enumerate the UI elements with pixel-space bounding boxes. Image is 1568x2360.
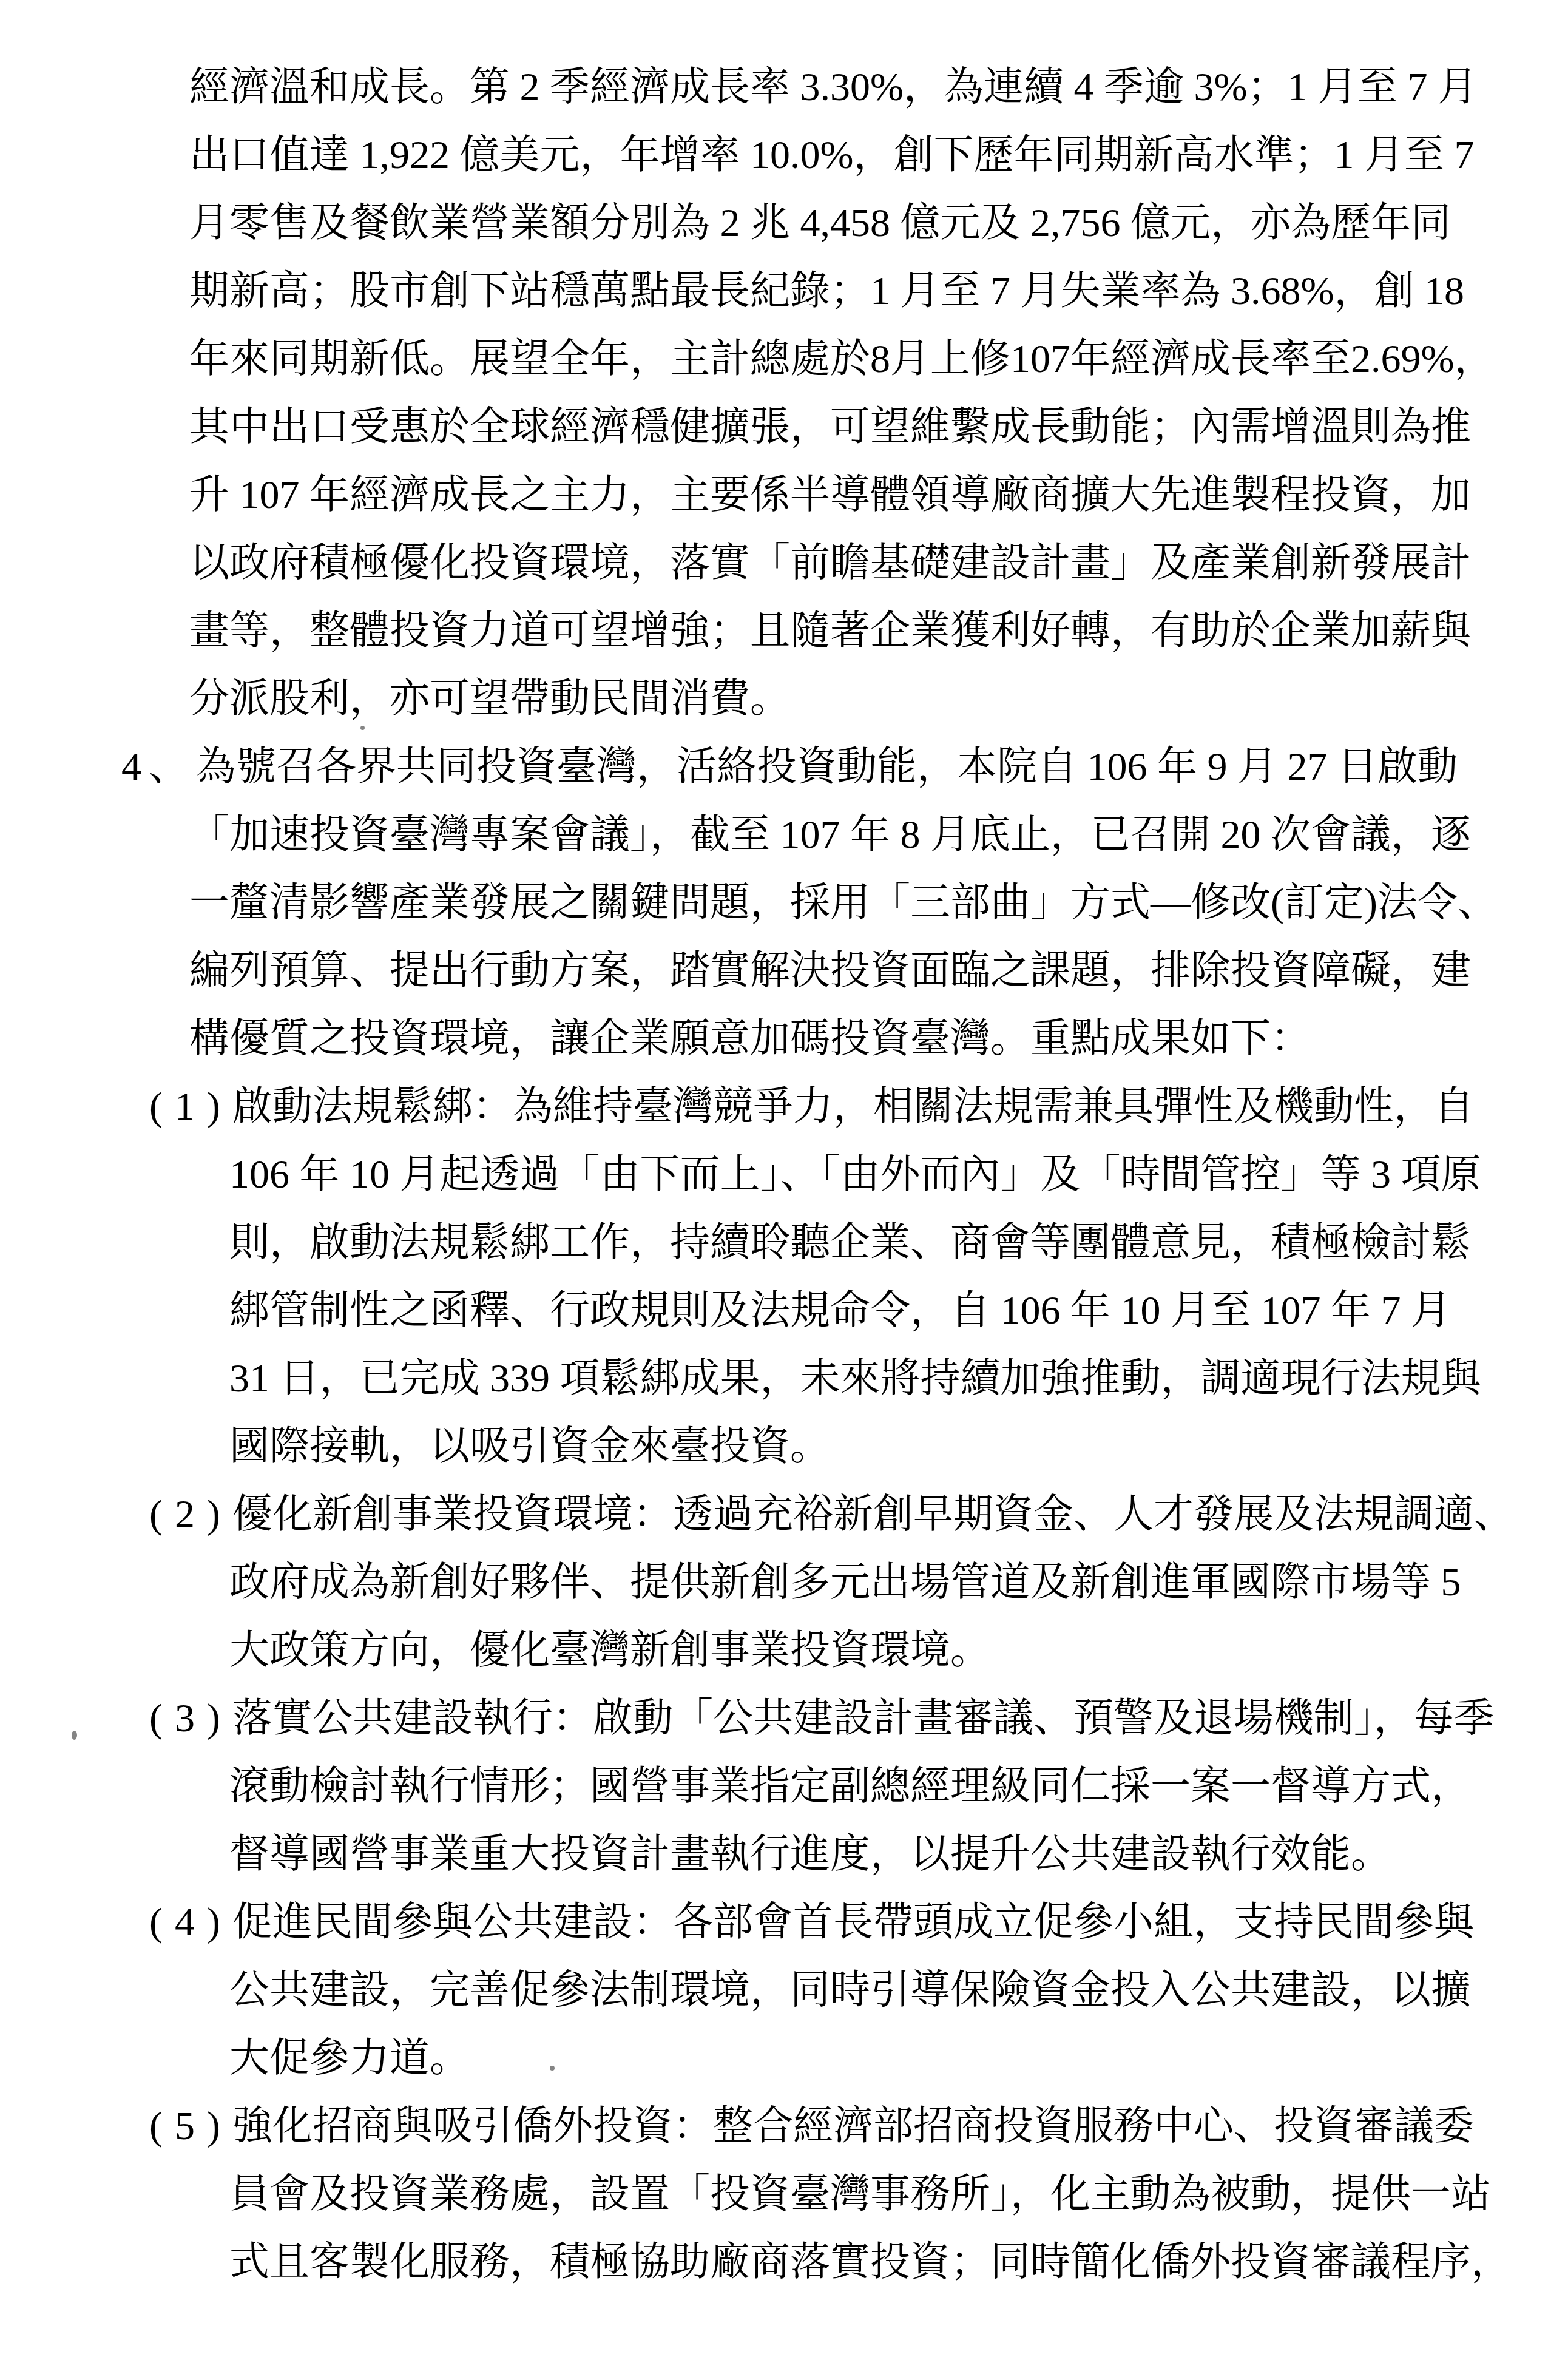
line-text: 綁管制性之函釋、行政規則及法規命令，自 106 年 10 月至 107 年 7 … [229,1288,1451,1333]
text-line: 督導國營事業重大投資計畫執行進度，以提升公共建設執行效能。 [0,1821,1568,1888]
text-block: 經濟溫和成長。第 2 季經濟成長率 3.30%，為連續 4 季逾 3%；1 月至… [0,53,1568,2296]
text-line: 綁管制性之函釋、行政規則及法規命令，自 106 年 10 月至 107 年 7 … [0,1277,1568,1345]
scan-speck [550,2066,555,2071]
list-marker: (2) [149,1492,232,1537]
text-line: 一釐清影響產業發展之關鍵問題，採用「三部曲」方式—修改(訂定)法令、 [0,869,1568,937]
line-text: 一釐清影響產業發展之關鍵問題，採用「三部曲」方式—修改(訂定)法令、 [189,881,1498,925]
line-text: 經濟溫和成長。第 2 季經濟成長率 3.30%，為連續 4 季逾 3%；1 月至… [189,65,1478,109]
line-text: 員會及投資業務處，設置「投資臺灣事務所」，化主動為被動，提供一站 [229,2172,1491,2216]
text-line: 年來同期新低。展望全年，主計總處於8月上修107年經濟成長率至2.69%， [0,325,1568,393]
text-line: 出口值達 1,922 億美元，年增率 10.0%，創下歷年同期新高水準；1 月至… [0,121,1568,189]
text-line: 則，啟動法規鬆綁工作，持續聆聽企業、商會等團體意見，積極檢討鬆 [0,1209,1568,1277]
line-text: 畫等，整體投資力道可望增強；且隨著企業獲利好轉，有助於企業加薪與 [189,609,1471,653]
text-line: 編列預算、提出行動方案，踏實解決投資面臨之課題，排除投資障礙，建 [0,937,1568,1005]
line-text: 期新高；股市創下站穩萬點最長紀錄；1 月至 7 月失業率為 3.68%，創 18 [189,269,1464,313]
text-line: 期新高；股市創下站穩萬點最長紀錄；1 月至 7 月失業率為 3.68%，創 18 [0,257,1568,325]
text-line: 大政策方向，優化臺灣新創事業投資環境。 [0,1617,1568,1685]
text-line: 員會及投資業務處，設置「投資臺灣事務所」，化主動為被動，提供一站 [0,2160,1568,2228]
text-line: (4)促進民間參與公共建設：各部會首長帶頭成立促參小組，支持民間參與 [0,1888,1568,1956]
list-marker: 4、 [121,745,196,789]
list-marker: (4) [149,1900,232,1944]
line-text: 以政府積極優化投資環境，落實「前瞻基礎建設計畫」及產業創新發展計 [189,541,1471,585]
text-line: (2)優化新創事業投資環境：透過充裕新創早期資金、人才發展及法規調適、 [0,1481,1568,1549]
text-line: 大促參力道。 [0,2024,1568,2092]
list-marker: (1) [149,1084,232,1129]
text-line: 分派股利，亦可望帶動民間消費。 [0,665,1568,733]
list-marker: (3) [149,1696,232,1740]
line-text: 構優質之投資環境，讓企業願意加碼投資臺灣。重點成果如下： [189,1016,1311,1061]
line-text: 式且客製化服務，積極協助廠商落實投資；同時簡化僑外投資審議程序， [229,2240,1511,2284]
line-text: 公共建設，完善促參法制環境，同時引導保險資金投入公共建設，以擴 [229,1968,1471,2012]
text-line: 國際接軌，以吸引資金來臺投資。 [0,1413,1568,1481]
line-text: 其中出口受惠於全球經濟穩健擴張，可望維繫成長動能；內需增溫則為推 [189,405,1471,449]
line-text: 促進民間參與公共建設：各部會首長帶頭成立促參小組，支持民間參與 [232,1900,1474,1944]
line-text: 強化招商與吸引僑外投資：整合經濟部招商投資服務中心、投資審議委 [232,2104,1474,2148]
text-line: (5)強化招商與吸引僑外投資：整合經濟部招商投資服務中心、投資審議委 [0,2092,1568,2160]
text-line: 以政府積極優化投資環境，落實「前瞻基礎建設計畫」及產業創新發展計 [0,529,1568,597]
text-line: 構優質之投資環境，讓企業願意加碼投資臺灣。重點成果如下： [0,1005,1568,1073]
line-text: 為號召各界共同投資臺灣，活絡投資動能，本院自 106 年 9 月 27 日啟動 [196,745,1458,789]
line-text: 落實公共建設執行：啟動「公共建設計畫審議、預警及退場機制」，每季 [232,1696,1494,1740]
text-line: 31 日，已完成 339 項鬆綁成果，未來將持續加強推動，調適現行法規與 [0,1345,1568,1413]
line-text: 滾動檢討執行情形；國營事業指定副總經理級同仁採一案一督導方式， [229,1764,1471,1808]
text-line: 其中出口受惠於全球經濟穩健擴張，可望維繫成長動能；內需增溫則為推 [0,393,1568,461]
text-line: (3)落實公共建設執行：啟動「公共建設計畫審議、預警及退場機制」，每季 [0,1685,1568,1753]
line-text: 106 年 10 月起透過「由下而上」、「由外而內」及「時間管控」等 3 項原 [229,1152,1481,1197]
line-text: 優化新創事業投資環境：透過充裕新創早期資金、人才發展及法規調適、 [232,1492,1514,1537]
line-text: 「加速投資臺灣專案會議」，截至 107 年 8 月底止，已召開 20 次會議，逐 [189,813,1471,857]
line-text: 則，啟動法規鬆綁工作，持續聆聽企業、商會等團體意見，積極檢討鬆 [229,1220,1471,1265]
line-text: 31 日，已完成 339 項鬆綁成果，未來將持續加強推動，調適現行法規與 [229,1356,1481,1401]
text-line: 政府成為新創好夥伴、提供新創多元出場管道及新創進軍國際市場等 5 [0,1549,1568,1617]
text-line: 滾動檢討執行情形；國營事業指定副總經理級同仁採一案一督導方式， [0,1753,1568,1821]
text-line: 月零售及餐飲業營業額分別為 2 兆 4,458 億元及 2,756 億元，亦為歷… [0,189,1568,257]
text-line: 畫等，整體投資力道可望增強；且隨著企業獲利好轉，有助於企業加薪與 [0,597,1568,665]
line-text: 分派股利，亦可望帶動民間消費。 [189,677,790,721]
line-text: 啟動法規鬆綁：為維持臺灣競爭力，相關法規需兼具彈性及機動性，自 [232,1084,1474,1129]
line-text: 月零售及餐飲業營業額分別為 2 兆 4,458 億元及 2,756 億元，亦為歷… [189,201,1451,245]
line-text: 督導國營事業重大投資計畫執行進度，以提升公共建設執行效能。 [229,1832,1391,1876]
line-text: 政府成為新創好夥伴、提供新創多元出場管道及新創進軍國際市場等 5 [229,1560,1461,1604]
line-text: 年來同期新低。展望全年，主計總處於8月上修107年經濟成長率至2.69%， [189,337,1494,381]
line-text: 升 107 年經濟成長之主力，主要係半導體領導廠商擴大先進製程投資，加 [189,473,1471,517]
line-text: 出口值達 1,922 億美元，年增率 10.0%，創下歷年同期新高水準；1 月至… [189,133,1474,177]
text-line: 4、為號召各界共同投資臺灣，活絡投資動能，本院自 106 年 9 月 27 日啟… [0,733,1568,801]
line-text: 大促參力道。 [229,2036,470,2080]
line-text: 大政策方向，優化臺灣新創事業投資環境。 [229,1628,990,1672]
line-text: 國際接軌，以吸引資金來臺投資。 [229,1424,830,1469]
document-page: 經濟溫和成長。第 2 季經濟成長率 3.30%，為連續 4 季逾 3%；1 月至… [0,0,1568,2360]
text-line: 「加速投資臺灣專案會議」，截至 107 年 8 月底止，已召開 20 次會議，逐 [0,801,1568,869]
text-line: 升 107 年經濟成長之主力，主要係半導體領導廠商擴大先進製程投資，加 [0,461,1568,529]
line-text: 編列預算、提出行動方案，踏實解決投資面臨之課題，排除投資障礙，建 [189,948,1471,993]
text-line: 式且客製化服務，積極協助廠商落實投資；同時簡化僑外投資審議程序， [0,2228,1568,2296]
scan-speck [360,726,365,730]
text-line: 經濟溫和成長。第 2 季經濟成長率 3.30%，為連續 4 季逾 3%；1 月至… [0,53,1568,121]
list-marker: (5) [149,2104,232,2148]
scan-speck [72,1731,77,1740]
text-line: 公共建設，完善促參法制環境，同時引導保險資金投入公共建設，以擴 [0,1956,1568,2024]
text-line: 106 年 10 月起透過「由下而上」、「由外而內」及「時間管控」等 3 項原 [0,1141,1568,1209]
text-line: (1)啟動法規鬆綁：為維持臺灣競爭力，相關法規需兼具彈性及機動性，自 [0,1073,1568,1141]
